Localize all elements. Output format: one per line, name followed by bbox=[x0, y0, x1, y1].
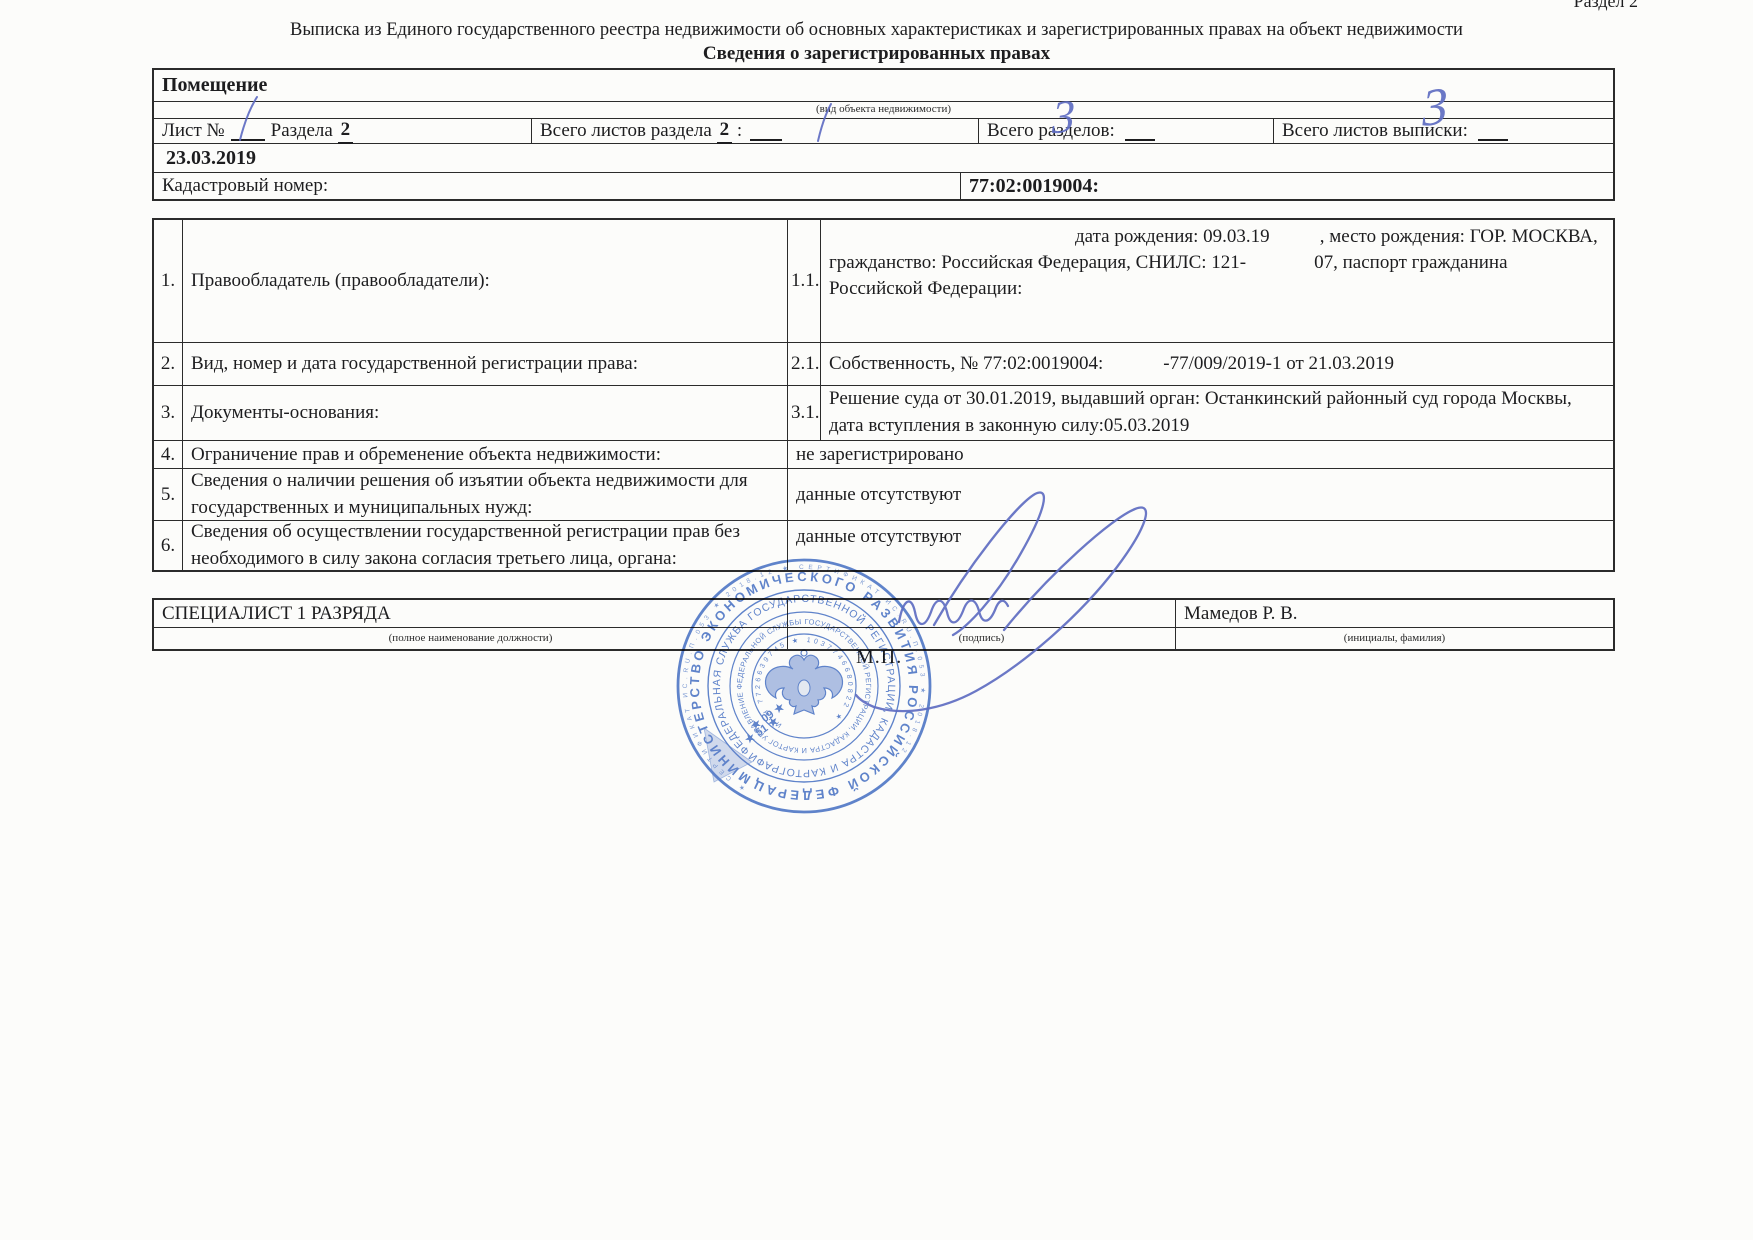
row-label: Вид, номер и дата государственной регист… bbox=[182, 343, 787, 385]
row-label: Ограничение прав и обременение объекта н… bbox=[182, 441, 787, 468]
blank-line bbox=[750, 122, 782, 141]
table-row-4: 4. Ограничение прав и обременение объект… bbox=[154, 440, 1613, 468]
section-word: Раздела bbox=[271, 119, 333, 142]
svg-text:★ СЕРТИФИКАТ ИС.RU.П.053 ★ 201: ★ СЕРТИФИКАТ ИС.RU.П.053 ★ 2018.12 ★ СЕР… bbox=[664, 546, 944, 826]
row-number: 6. bbox=[154, 521, 182, 570]
signature-row: СПЕЦИАЛИСТ 1 РАЗРЯДА Мамедов Р. В. bbox=[154, 600, 1613, 627]
section-label: Раздел 2 bbox=[1574, 0, 1638, 12]
signature-table: СПЕЦИАЛИСТ 1 РАЗРЯДА Мамедов Р. В. (полн… bbox=[152, 598, 1615, 651]
stamp-eagle bbox=[765, 650, 842, 714]
stamp-ministry-ring-text: МИНИСТЕРСТВО ЭКОНОМИЧЕСКОГО РАЗВИТИЯ РОС… bbox=[664, 546, 944, 826]
row-value: не зарегистрировано bbox=[787, 441, 1613, 468]
row-number: 2. bbox=[154, 343, 182, 385]
row-number: 5. bbox=[154, 469, 182, 520]
official-name: Мамедов Р. В. bbox=[1175, 600, 1613, 627]
value-line: гражданство: Российская Федерация, СНИЛС… bbox=[829, 250, 1605, 276]
sheet-label: Лист № bbox=[162, 119, 225, 142]
row-label: Сведения об осуществлении государственно… bbox=[182, 521, 787, 570]
position-caption: (полное наименование должности) bbox=[154, 628, 787, 649]
signature-cell bbox=[787, 600, 1175, 627]
birth-place-text: , место рождения: ГОР. МОСКВА, bbox=[1320, 226, 1598, 247]
blank-line bbox=[1478, 122, 1508, 141]
value-line: Российской Федерации: bbox=[829, 276, 1605, 302]
passport-text: 07, паспорт гражданина bbox=[1314, 252, 1507, 273]
official-stamp: ★ СЕРТИФИКАТ ИС.RU.П.053 ★ 2018.12 ★ СЕР… bbox=[664, 546, 944, 826]
extract-date: 23.03.2019 bbox=[154, 144, 1613, 172]
row-value: данные отсутствуют bbox=[787, 521, 1613, 570]
row-value: Собственность, № 77:02:0019004:-77/009/2… bbox=[820, 343, 1613, 385]
table-row-6: 6. Сведения об осуществлении государстве… bbox=[154, 520, 1613, 570]
stamp-hatch-mark bbox=[704, 728, 752, 782]
row-value: дата рождения: 09.03.19, место рождения:… bbox=[820, 220, 1613, 342]
signature-caption: (подпись) bbox=[787, 628, 1175, 649]
page-title: Выписка из Единого государственного реес… bbox=[0, 20, 1753, 41]
sheet-counts-row: Лист № Раздела 2 Всего листов раздела 2 … bbox=[154, 118, 1613, 143]
stamp-service-ring-text: ФЕДЕРАЛЬНАЯ СЛУЖБА ГОСУДАРСТВЕННОЙ РЕГИС… bbox=[673, 554, 936, 817]
ownership-text: Собственность, № 77:02:0019004: bbox=[829, 352, 1103, 375]
citizenship-text: гражданство: Российская Федерация, СНИЛС… bbox=[829, 252, 1246, 273]
row-value: данные отсутствуют bbox=[787, 469, 1613, 520]
table-row-2: 2. Вид, номер и дата государственной рег… bbox=[154, 342, 1613, 385]
stamp-certificate-ring-text: ★ СЕРТИФИКАТ ИС.RU.П.053 ★ 2018.12 ★ СЕР… bbox=[664, 546, 944, 826]
rights-table: 1. Правообладатель (правообладатели): 1.… bbox=[152, 218, 1615, 572]
row-subnumber: 2.1. bbox=[787, 343, 820, 385]
row-subnumber: 1.1. bbox=[787, 220, 820, 342]
row-subnumber: 3.1. bbox=[787, 386, 820, 440]
cadastral-value: 77:02:0019004: bbox=[960, 173, 1613, 199]
sheets-in-section-cell: Всего листов раздела 2 : bbox=[531, 119, 978, 143]
table-row-5: 5. Сведения о наличии решения об изъятии… bbox=[154, 468, 1613, 520]
handwritten-total-extract-sheets: 3 bbox=[1422, 76, 1449, 140]
document-page: { "page": { "section_label": "Раздел 2",… bbox=[0, 0, 1753, 1240]
federation-text: Российской Федерации: bbox=[829, 278, 1022, 299]
svg-text:ФЕДЕРАЛЬНАЯ СЛУЖБА ГОСУДАРСТВЕ: ФЕДЕРАЛЬНАЯ СЛУЖБА ГОСУДАРСТВЕННОЙ РЕГИС… bbox=[673, 554, 936, 817]
row-number: 1. bbox=[154, 220, 182, 342]
stamp-code-09: ★ 09 ★ bbox=[749, 701, 787, 733]
row-value: Решение суда от 30.01.2019, выдавший орг… bbox=[820, 386, 1613, 440]
stamp-place-label: М.П. bbox=[856, 646, 902, 669]
page-subtitle: Сведения о зарегистрированных правах bbox=[0, 43, 1753, 65]
object-info-table: Помещение (вид объекта недвижимости) Лис… bbox=[152, 68, 1615, 201]
value-line: дата рождения: 09.03.19, место рождения:… bbox=[829, 224, 1605, 250]
cadastral-row: Кадастровый номер: 77:02:0019004: bbox=[154, 172, 1613, 199]
table-row-3: 3. Документы-основания: 3.1. Решение суд… bbox=[154, 385, 1613, 440]
row-label: Правообладатель (правообладатели): bbox=[182, 220, 787, 342]
row-label: Сведения о наличии решения об изъятии об… bbox=[182, 469, 787, 520]
object-type-caption: (вид объекта недвижимости) bbox=[154, 102, 1613, 118]
row-number: 4. bbox=[154, 441, 182, 468]
birth-date-text: дата рождения: 09.03.19 bbox=[1075, 226, 1270, 247]
svg-text:МИНИСТЕРСТВО ЭКОНОМИЧЕСКОГО РА: МИНИСТЕРСТВО ЭКОНОМИЧЕСКОГО РАЗВИТИЯ РОС… bbox=[664, 546, 944, 826]
handwritten-total-sections: 3 bbox=[1052, 88, 1076, 144]
sheet-number-cell: Лист № Раздела 2 bbox=[154, 119, 531, 143]
name-caption: (инициалы, фамилия) bbox=[1175, 628, 1613, 649]
blank-line bbox=[1125, 122, 1155, 141]
object-type-caption-row: (вид объекта недвижимости) bbox=[154, 101, 1613, 118]
total-sections-cell: Всего разделов: bbox=[978, 119, 1273, 143]
official-position: СПЕЦИАЛИСТ 1 РАЗРЯДА bbox=[154, 600, 787, 627]
date-row: 23.03.2019 bbox=[154, 143, 1613, 172]
sheets-in-section-label: Всего листов раздела bbox=[540, 119, 712, 142]
colon: : bbox=[737, 119, 742, 142]
blank-line bbox=[231, 122, 265, 141]
section-number: 2 bbox=[338, 118, 354, 143]
stamp-code-51: ★ 51 ★ bbox=[743, 715, 781, 747]
registration-number-text: -77/009/2019-1 от 21.03.2019 bbox=[1163, 352, 1394, 375]
object-type-row: Помещение bbox=[154, 70, 1613, 101]
row-number: 3. bbox=[154, 386, 182, 440]
sheets-in-section-number: 2 bbox=[717, 118, 733, 143]
row-label: Документы-основания: bbox=[182, 386, 787, 440]
object-type: Помещение bbox=[154, 70, 1613, 101]
cadastral-label: Кадастровый номер: bbox=[154, 173, 960, 199]
table-row-1: 1. Правообладатель (правообладатели): 1.… bbox=[154, 220, 1613, 342]
